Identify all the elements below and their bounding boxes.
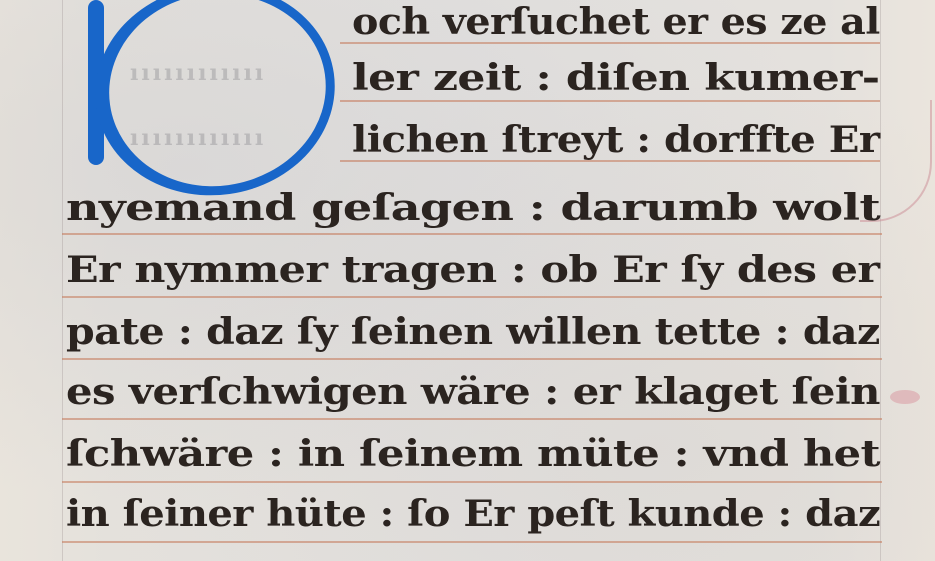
text-line-9: in ſeiner hüte : ſo Er peſt kunde : daz	[66, 494, 880, 534]
text-line-2: ler zeit : diſen kumer-	[352, 58, 879, 98]
text-line-4: nyemand geſagen : darumb wolt	[66, 188, 880, 228]
illuminated-initial-d	[82, 0, 349, 211]
text-line-3: lichen ſtreyt : dorffte Er	[352, 120, 879, 160]
ruled-line	[62, 418, 882, 420]
margin-rule-left	[62, 0, 63, 561]
ruled-line	[62, 233, 882, 235]
ruled-line	[62, 541, 882, 543]
text-line-1: och verſuchet er es ze al	[352, 2, 880, 42]
margin-rule-right	[880, 0, 881, 561]
text-line-7: es verſchwigen wäre : er klaget ſein	[66, 372, 880, 412]
text-line-6: pate : daz ſy ſeinen willen tette : daz	[66, 312, 880, 352]
text-line-5: Er nymmer tragen : ob Er ſy des er	[66, 250, 879, 290]
ink-stain	[890, 390, 920, 404]
text-line-8: ſchwäre : in ſeinem müte : vnd het	[66, 434, 880, 474]
ruled-line	[62, 481, 882, 483]
manuscript-page: ıııııııııııı ıııııııııııı och verſuchet …	[0, 0, 935, 561]
ruled-line	[340, 100, 880, 102]
ruled-line	[62, 296, 882, 298]
ruled-line	[62, 358, 882, 360]
